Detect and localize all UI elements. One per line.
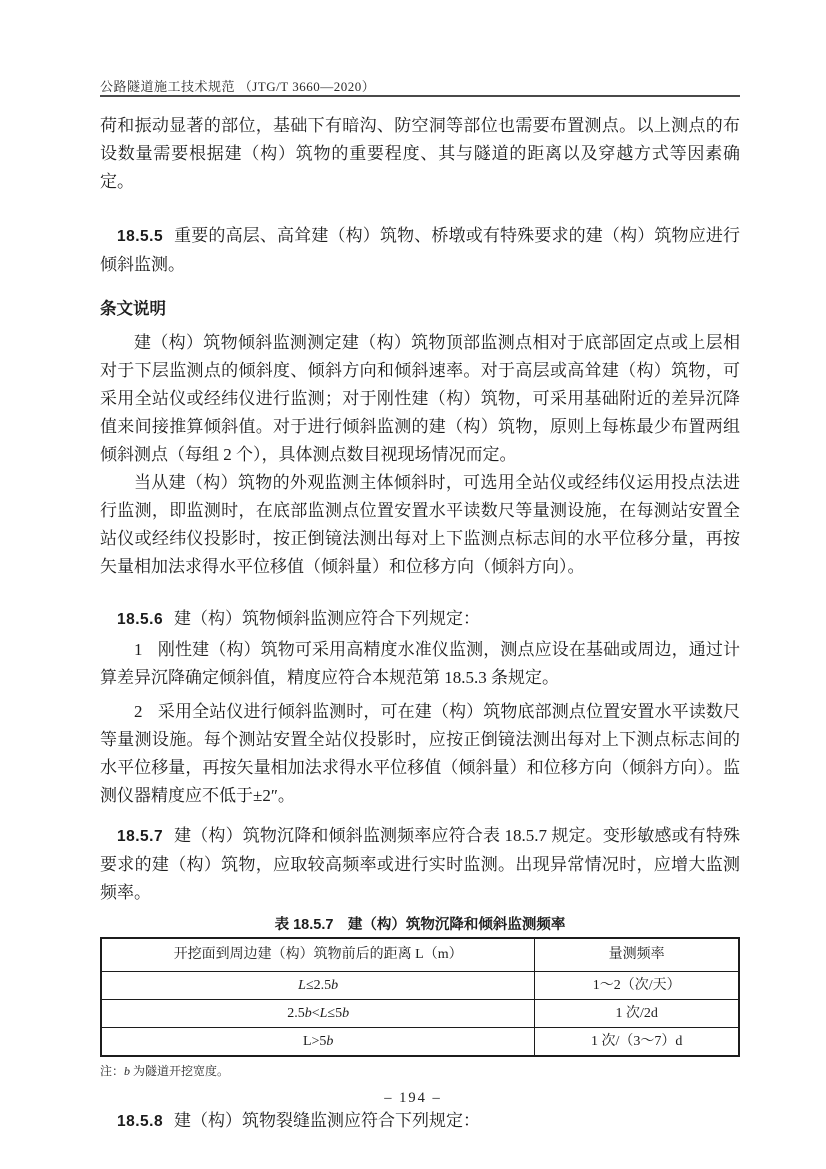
item-number: 2 bbox=[134, 702, 143, 721]
table-note: 注：b 为隧道开挖宽度。 bbox=[100, 1063, 740, 1079]
intro-paragraph: 荷和振动显著的部位，基础下有暗沟、防空洞等部位也需要布置测点。以上测点的布设数量… bbox=[100, 112, 740, 196]
monitoring-frequency-table: 开挖面到周边建（构）筑物前后的距离 L（m） 量测频率 L≤2.5b1～2（次/… bbox=[100, 937, 740, 1057]
frequency-cell: 1 次/2d bbox=[535, 1000, 739, 1028]
commentary-paragraph-1: 建（构）筑物倾斜监测测定建（构）筑物顶部监测点相对于底部固定点或上层相对于下层监… bbox=[100, 329, 740, 469]
frequency-cell: 1～2（次/天） bbox=[535, 972, 739, 1000]
commentary-heading: 条文说明 bbox=[100, 295, 740, 323]
math-variable: L bbox=[298, 978, 306, 993]
section-text: 建（构）筑物沉降和倾斜监测频率应符合表 18.5.7 规定。变形敏感或有特殊要求… bbox=[100, 826, 740, 902]
text-run: < bbox=[312, 1006, 320, 1021]
section-text: 建（构）筑物倾斜监测应符合下列规定： bbox=[174, 609, 480, 628]
table-row: 2.5b<L≤5b1 次/2d bbox=[101, 1000, 739, 1028]
section-text: 建（构）筑物裂缝监测应符合下列规定： bbox=[174, 1111, 480, 1130]
table-header-row: 开挖面到周边建（构）筑物前后的距离 L（m） 量测频率 bbox=[101, 938, 739, 972]
header-rule bbox=[100, 95, 740, 97]
text-run: 2.5 bbox=[287, 1006, 305, 1021]
running-header: 公路隧道施工技术规范 （JTG/T 3660—2020） bbox=[100, 76, 740, 95]
text-run: 为隧道开挖宽度。 bbox=[130, 1064, 229, 1078]
section-18-5-6-item-2: 2采用全站仪进行倾斜监测时，可在建（构）筑物底部测点位置安置水平读数尺等量测设施… bbox=[100, 698, 740, 810]
text-run: L>5 bbox=[303, 1034, 326, 1049]
section-18-5-5: 18.5.5重要的高层、高耸建（构）筑物、桥墩或有特殊要求的建（构）筑物应进行倾… bbox=[100, 222, 740, 279]
math-variable: b bbox=[305, 1006, 312, 1021]
item-text: 刚性建（构）筑物可采用高精度水准仪监测，测点应设在基础或周边，通过计算差异沉降确… bbox=[100, 640, 740, 687]
table-row: L>5b1 次/（3～7）d bbox=[101, 1028, 739, 1057]
section-number: 18.5.6 bbox=[117, 611, 163, 628]
page-content: 荷和振动显著的部位，基础下有暗沟、防空洞等部位也需要布置测点。以上测点的布设数量… bbox=[100, 112, 740, 1136]
page-number: – 194 – bbox=[0, 1090, 826, 1107]
section-number: 18.5.5 bbox=[117, 228, 163, 245]
section-number: 18.5.8 bbox=[117, 1113, 163, 1130]
text-run: ≤5 bbox=[327, 1006, 342, 1021]
document-page: 公路隧道施工技术规范 （JTG/T 3660—2020） 荷和振动显著的部位，基… bbox=[0, 0, 826, 1169]
section-18-5-7: 18.5.7建（构）筑物沉降和倾斜监测频率应符合表 18.5.7 规定。变形敏感… bbox=[100, 822, 740, 907]
distance-cell: L≤2.5b bbox=[101, 972, 535, 1000]
table-row: L≤2.5b1～2（次/天） bbox=[101, 972, 739, 1000]
item-text: 采用全站仪进行倾斜监测时，可在建（构）筑物底部测点位置安置水平读数尺等量测设施。… bbox=[100, 702, 740, 805]
math-variable: b bbox=[326, 1034, 333, 1049]
section-18-5-8: 18.5.8建（构）筑物裂缝监测应符合下列规定： bbox=[100, 1107, 740, 1136]
text-run: 注： bbox=[100, 1064, 124, 1078]
section-18-5-6: 18.5.6建（构）筑物倾斜监测应符合下列规定： bbox=[100, 605, 740, 634]
text-run: ≤2.5 bbox=[306, 978, 331, 993]
frequency-table-body: L≤2.5b1～2（次/天）2.5b<L≤5b1 次/2dL>5b1 次/（3～… bbox=[101, 972, 739, 1057]
distance-column-header: 开挖面到周边建（构）筑物前后的距离 L（m） bbox=[101, 938, 535, 972]
frequency-cell: 1 次/（3～7）d bbox=[535, 1028, 739, 1057]
distance-cell: 2.5b<L≤5b bbox=[101, 1000, 535, 1028]
frequency-column-header: 量测频率 bbox=[535, 938, 739, 972]
math-variable: b bbox=[342, 1006, 349, 1021]
distance-cell: L>5b bbox=[101, 1028, 535, 1057]
item-number: 1 bbox=[134, 640, 143, 659]
section-18-5-6-item-1: 1刚性建（构）筑物可采用高精度水准仪监测，测点应设在基础或周边，通过计算差异沉降… bbox=[100, 636, 740, 692]
commentary-paragraph-2: 当从建（构）筑物的外观监测主体倾斜时，可选用全站仪或经纬仪运用投点法进行监测，即… bbox=[100, 469, 740, 581]
section-number: 18.5.7 bbox=[117, 828, 163, 845]
math-variable: b bbox=[331, 978, 338, 993]
table-caption: 表 18.5.7 建（构）筑物沉降和倾斜监测频率 bbox=[100, 913, 740, 937]
section-text: 重要的高层、高耸建（构）筑物、桥墩或有特殊要求的建（构）筑物应进行倾斜监测。 bbox=[100, 226, 740, 274]
